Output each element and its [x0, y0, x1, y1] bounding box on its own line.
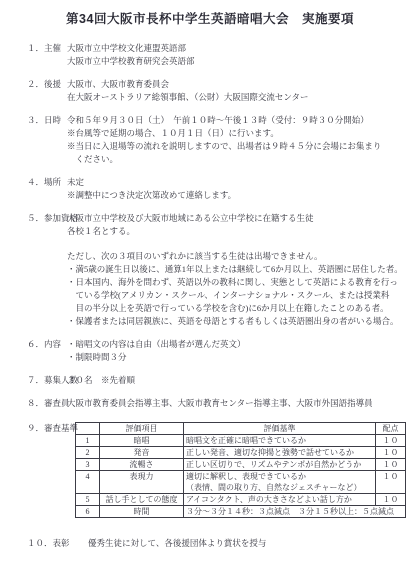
document-page: 第34回大阪市長杯中学生英語暗唱大会 実施要項 １．主催 大阪市立中学校文化連盟… [0, 0, 420, 576]
section-label: ８．審査員 [27, 397, 67, 410]
header-cell [76, 423, 100, 435]
text-line: ・満5歳の誕生日以後に、通算1年以上または継続して6か月以上、英語圏に居住した者… [67, 263, 403, 276]
text-line: ・保護者または同居親族に、英語を母語とする者もしくは英語圏出身の者がいる場合。 [67, 315, 403, 328]
section-content: ６．内容 ・暗唱文の内容は自由（出場者が選んだ英文） ・制限時間３分 [0, 338, 420, 364]
text-line: ・暗唱文の内容は自由（出場者が選んだ英文） [67, 338, 246, 351]
text-line: 目の半分以上を英語で行っている学校を含む)に6か月以上在籍したことのある者。 [67, 302, 403, 315]
text-line: 大阪市教育委員会指導主事、大阪市教育センター指導主事、大阪市外国語指導員 [67, 397, 373, 410]
section-label: ５．参加資格 [27, 212, 67, 328]
text-line: ３０名 ※先着順 [67, 374, 135, 387]
criteria-line: 適切に解釈し、表現できているか [186, 471, 373, 482]
text-line: ※当日に入退場等の流れを説明しますので、出場者は９時４５分に会場にお集まり [67, 140, 381, 153]
text-line: 大阪市立中学校及び大阪市地域にある公立中学校に在籍する生徒 [67, 212, 403, 225]
section-venue: ４．場所 未定 ※調整中につき決定次第改めて連絡します。 [0, 176, 420, 202]
table-row: 2 発音 正しい発音、適切な抑揚と強勢で話せているか １０ [76, 447, 406, 459]
header-cell: 評価項目 [100, 423, 184, 435]
table-row: 1 暗唱 暗唱文を正確に暗唱できているか １０ [76, 435, 406, 447]
text-line: ください。 [67, 153, 381, 166]
section-judges: ８．審査員 大阪市教育委員会指導主事、大阪市教育センター指導主事、大阪市外国語指… [0, 397, 420, 410]
section-label: ４．場所 [27, 176, 67, 202]
section-organizer: １．主催 大阪市立中学校文化連盟英語部 大阪市立中学校教育研究会英語部 [0, 42, 420, 68]
text-line: 在大阪オーストラリア総領事館、（公財）大阪国際交流センター [67, 91, 309, 104]
text-line: ただし、次の３項目のいずれかに該当する生徒は出場できません。 [67, 250, 403, 263]
text-line: ている学校(アメリカン・スクール、インターナショナル・スクール、または授業科 [67, 289, 403, 302]
section-label: ６．内容 [27, 338, 67, 364]
text-line: 優秀生徒に対して、各後援団体より賞状を授与 [88, 537, 266, 550]
table-row: 5 話し手としての態度 アイコンタクト、声の大きさなどよい話し方か １０ [76, 494, 406, 506]
text-line: 未定 [67, 176, 236, 189]
text-line: 大阪市、大阪市教育委員会 [67, 78, 309, 91]
section-label: ２．後援 [27, 78, 67, 104]
section-label: １．主催 [27, 42, 67, 68]
text-line: 大阪市立中学校教育研究会英語部 [67, 55, 195, 68]
header-cell: 配点 [376, 423, 406, 435]
text-line: ※調整中につき決定次第改めて連絡します。 [67, 189, 236, 202]
text-line: ・日本国内、海外を問わず、英語以外の教科に関し、実態として英語による教育を行っ [67, 276, 403, 289]
document-title: 第34回大阪市長杯中学生英語暗唱大会 実施要項 [0, 0, 420, 26]
section-label: ９．審査基準 [27, 422, 75, 518]
table-row: 6 時間 ３分～３分１４秒：３点減点 ３分１５秒以上：５点減点 [76, 506, 406, 518]
section-label: ７．募集人数 [27, 374, 67, 387]
table-row: 4 表現力 適切に解釈し、表現できているか （表情、間の取り方、自然なジェスチャ… [76, 471, 406, 494]
text-line: ※台風等で延期の場合、１０月１日（日）に行います。 [67, 127, 381, 140]
header-cell: 評価基準 [184, 423, 376, 435]
section-sponsor: ２．後援 大阪市、大阪市教育委員会 在大阪オーストラリア総領事館、（公財）大阪国… [0, 78, 420, 104]
text-line: 令和５年９月３０日（土） 午前１０時～午後１３時（受付：９時３０分開始） [67, 114, 381, 127]
section-awards: １０．表彰 優秀生徒に対して、各後援団体より賞状を授与 [0, 537, 420, 550]
table-row: 3 流暢さ 正しい区切りで、リズムやテンポが自然かどうか １０ [76, 459, 406, 471]
section-label: ３．日時 [27, 114, 67, 166]
section-label: １０．表彰 [27, 537, 88, 550]
section-criteria: ９．審査基準 評価項目 評価基準 配点 1 暗唱 暗唱文を正確に暗唱できているか… [0, 422, 420, 518]
text-line: ・制限時間３分 [67, 351, 246, 364]
section-eligibility: ５．参加資格 大阪市立中学校及び大阪市地域にある公立中学校に在籍する生徒 各校１… [0, 212, 420, 328]
text-line: 各校１名とする。 [67, 225, 403, 238]
section-capacity: ７．募集人数 ３０名 ※先着順 [0, 374, 420, 387]
judging-table: 評価項目 評価基準 配点 1 暗唱 暗唱文を正確に暗唱できているか １０ 2 発… [75, 422, 406, 518]
text-line: 大阪市立中学校文化連盟英語部 [67, 42, 195, 55]
criteria-line: （表情、間の取り方、自然なジェスチャーなど） [186, 482, 373, 493]
section-datetime: ３．日時 令和５年９月３０日（土） 午前１０時～午後１３時（受付：９時３０分開始… [0, 114, 420, 166]
table-header-row: 評価項目 評価基準 配点 [76, 423, 406, 435]
